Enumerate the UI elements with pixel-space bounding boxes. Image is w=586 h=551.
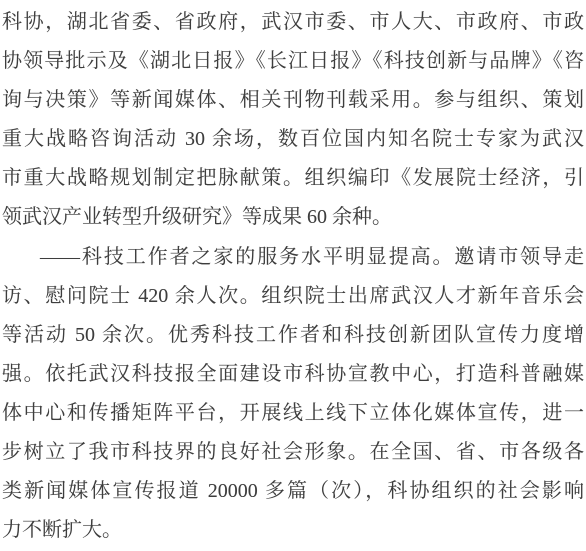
text-line: ——科技工作者之家的服务水平明显提高。邀请市领导走 — [2, 238, 584, 277]
paragraph: ——科技工作者之家的服务水平明显提高。邀请市领导走访、慰问院士 420 余人次。… — [2, 238, 584, 551]
text-line: 科协，湖北省委、省政府，武汉市委、市人大、市政府、市政 — [2, 3, 584, 42]
text-line: 等活动 50 余次。优秀科技工作者和科技创新团队宣传力度增 — [2, 316, 584, 355]
text-line: 领武汉产业转型升级研究》等成果 60 余种。 — [2, 198, 584, 237]
text-line: 市重大战略规划制定把脉献策。组织编印《发展院士经济，引 — [2, 159, 584, 198]
text-line: 力不断扩大。 — [2, 511, 584, 550]
paragraph: 科协，湖北省委、省政府，武汉市委、市人大、市政府、市政协领导批示及《湖北日报》《… — [2, 3, 584, 238]
text-line: 体中心和传播矩阵平台，开展线上线下立体化媒体宣传，进一 — [2, 394, 584, 433]
document-body: 科协，湖北省委、省政府，武汉市委、市人大、市政府、市政协领导批示及《湖北日报》《… — [2, 3, 584, 550]
text-line: 协领导批示及《湖北日报》《长江日报》《科技创新与品牌》《咨 — [2, 42, 584, 81]
document-page: 科协，湖北省委、省政府，武汉市委、市人大、市政府、市政协领导批示及《湖北日报》《… — [0, 0, 586, 551]
text-line: 类新闻媒体宣传报道 20000 多篇（次），科协组织的社会影响 — [2, 472, 584, 511]
text-line: 强。依托武汉科技报全面建设市科协宣教中心，打造科普融媒 — [2, 355, 584, 394]
text-line: 访、慰问院士 420 余人次。组织院士出席武汉人才新年音乐会 — [2, 277, 584, 316]
text-line: 询与决策》等新闻媒体、相关刊物刊载采用。参与组织、策划 — [2, 81, 584, 120]
text-line: 重大战略咨询活动 30 余场，数百位国内知名院士专家为武汉 — [2, 120, 584, 159]
text-line: 步树立了我市科技界的良好社会形象。在全国、省、市各级各 — [2, 433, 584, 472]
